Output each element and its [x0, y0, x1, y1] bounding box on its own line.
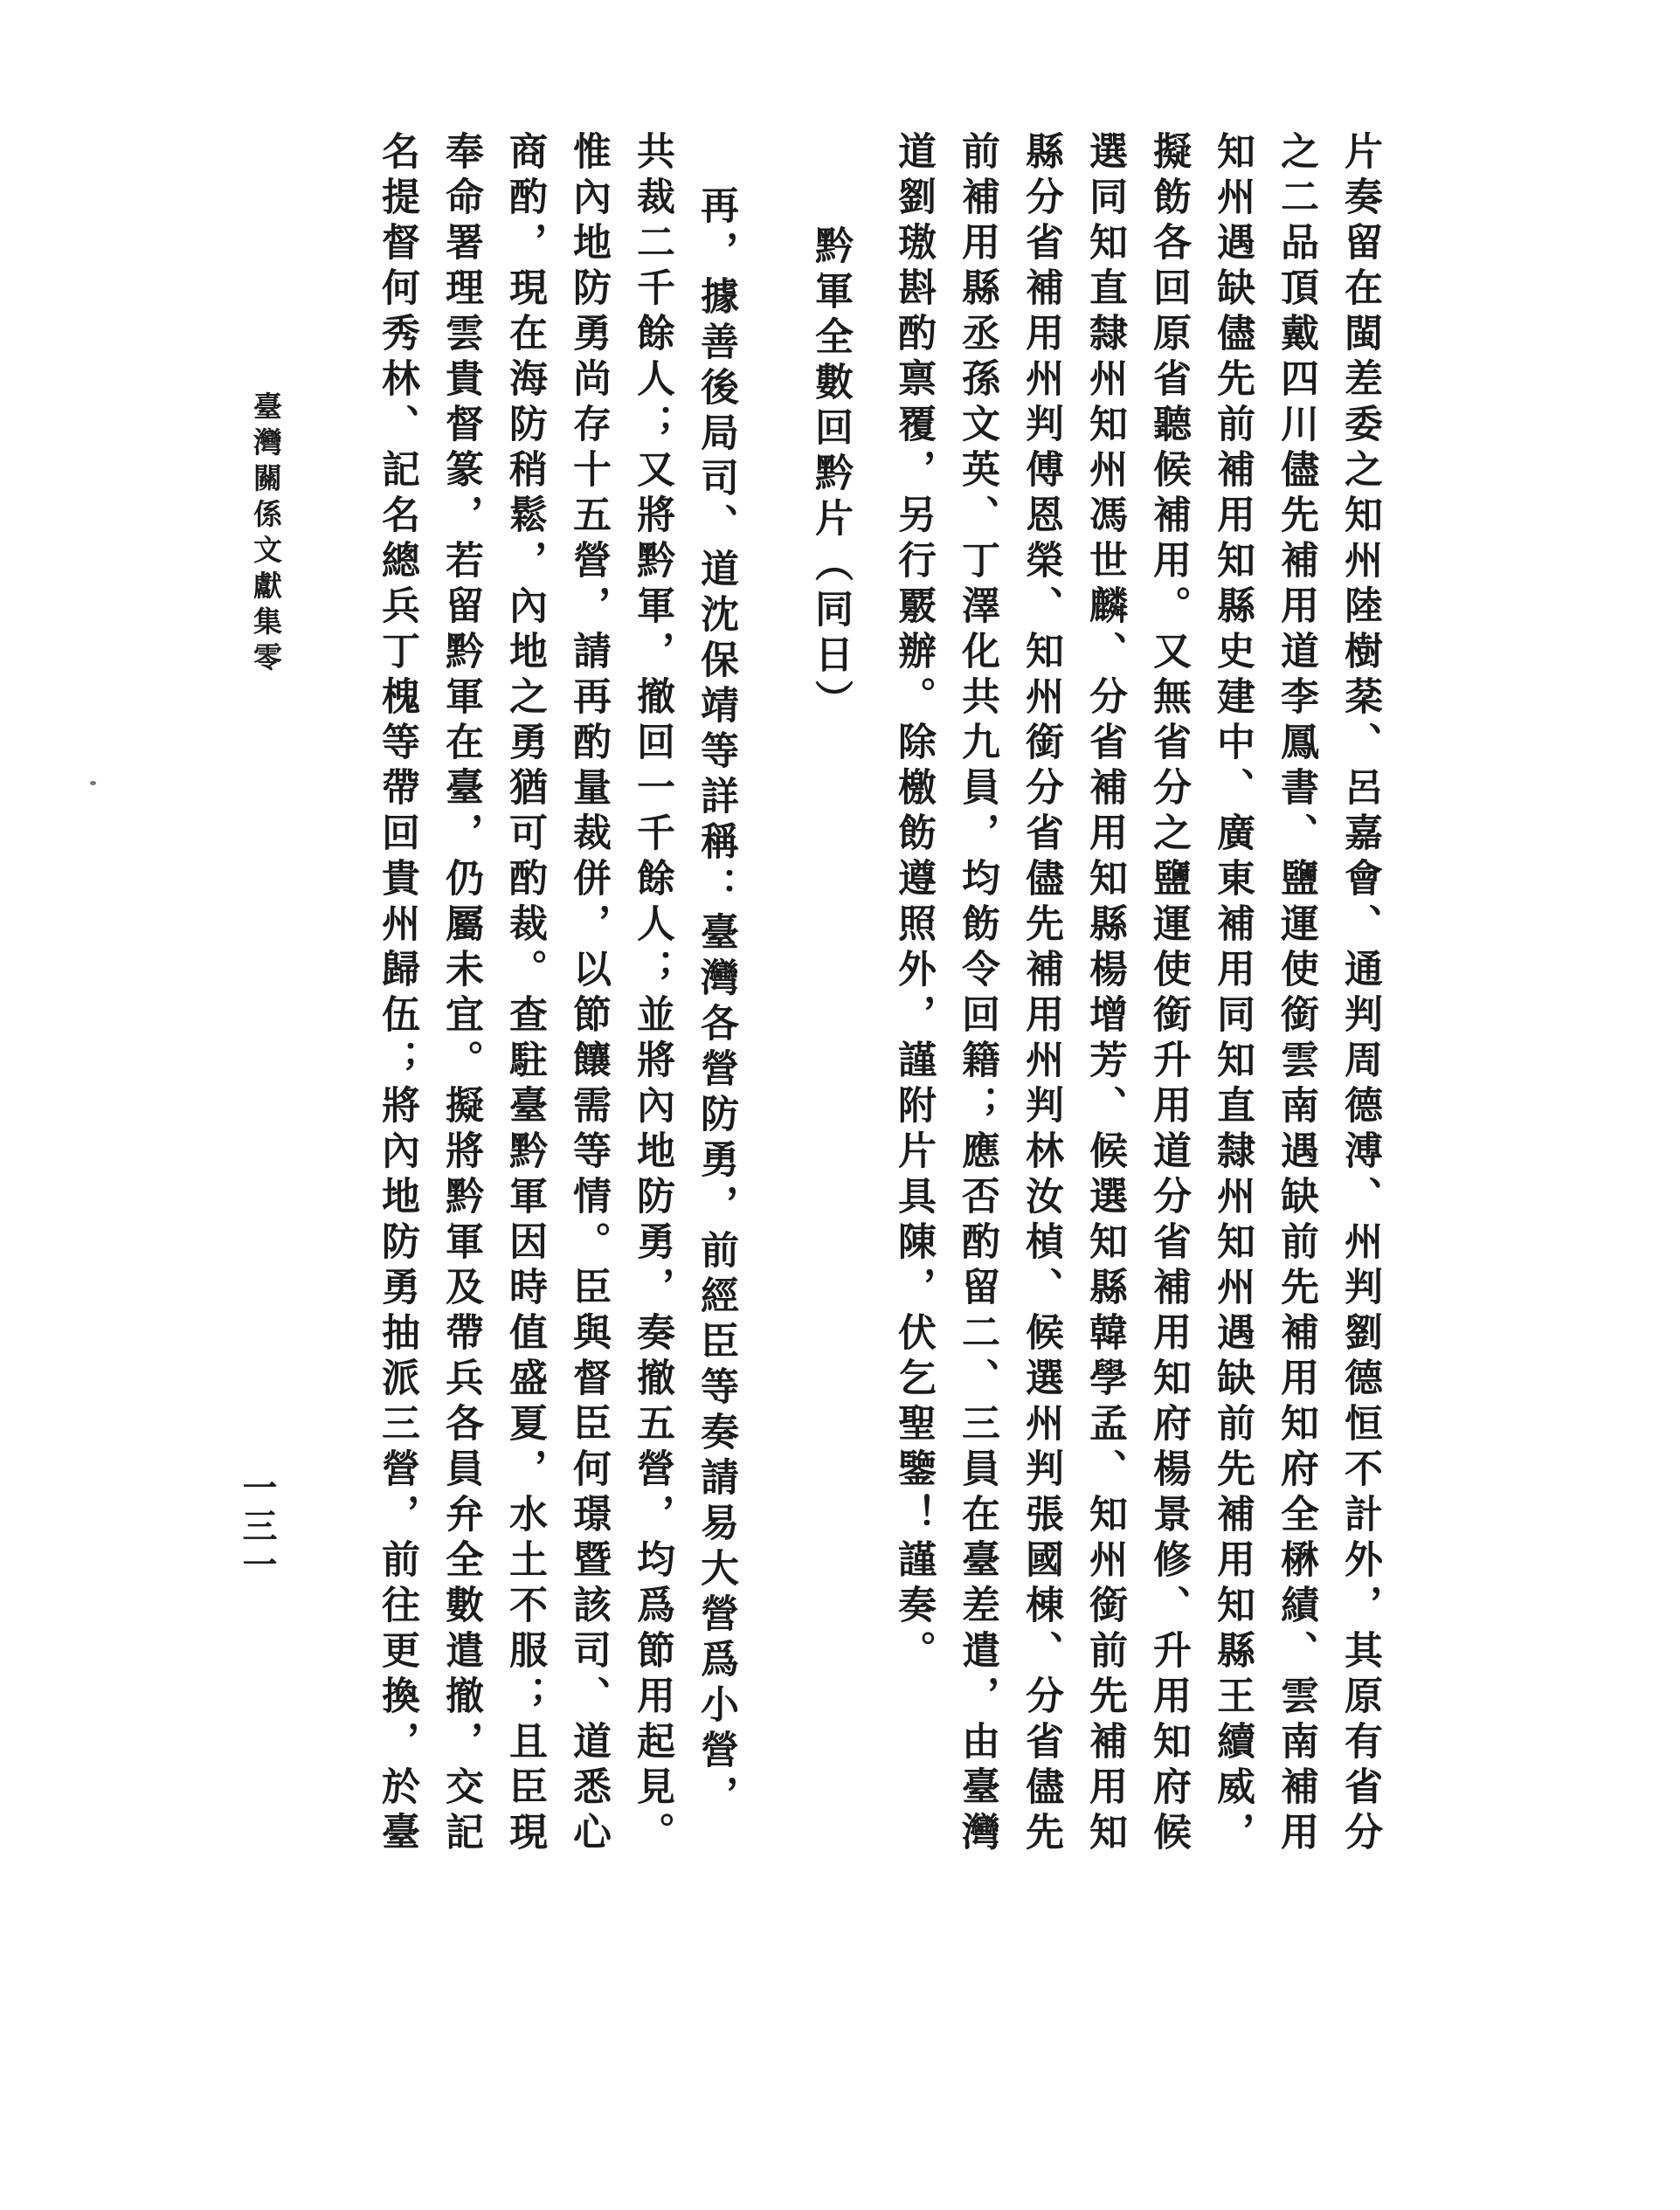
- text-column: 知州遇缺儘先前補用知縣史建中、廣東補用同知直隸州知州遇缺前先補用知縣王續威，: [1200, 131, 1264, 2027]
- page-number: 一三一: [232, 1469, 282, 1585]
- text-column: 選同知直隸州知州馮世麟、分省補用知縣楊增芳、候選知縣韓學孟、知州銜前先補用知: [1073, 131, 1137, 2027]
- text-column: 之二品頂戴四川儘先補用道李鳳書、鹽運使銜雲南遇缺前先補用知府全楙績、雲南補用: [1264, 131, 1328, 2027]
- scanned-book-page: 片奏留在閩差委之知州陸樹棻、呂嘉會、通判周德溥、州判劉德恒不計外，其原有省分 之…: [0, 0, 1680, 2210]
- scan-artifact-speck: [90, 781, 96, 785]
- text-column: 共裁二千餘人；又將黔軍，撤回一千餘人；並將內地防勇，奏撤五營，均爲節用起見。: [620, 131, 684, 2027]
- text-column: 奉命署理雲貴督篆，若留黔軍在臺，仍屬未宜。擬將黔軍及帶兵各員弁全數遣撤，交記: [429, 131, 493, 2027]
- text-column: 縣分省補用州判傅恩榮、知州銜分省儘先補用州判林汝楨、候選州判張國棟、分省儘先: [1009, 131, 1073, 2027]
- running-head-book-title: 臺灣關係文獻集零: [245, 391, 286, 678]
- section-title: 黔軍全數回黔片（同日）: [799, 131, 862, 2027]
- text-column: 前補用縣丞孫文英、丁澤化共九員，均飭令回籍；應否酌留二、三員在臺差遣，由臺灣: [945, 131, 1009, 2027]
- text-column: 商酌，現在海防稍鬆，內地之勇猶可酌裁。查駐臺黔軍因時值盛夏，水土不服；且臣現: [493, 131, 557, 2027]
- text-column: 再，據善後局司、道沈保靖等詳稱：臺灣各營防勇，前經臣等奏請易大營爲小營，: [684, 131, 748, 2027]
- text-column: 道劉璈斟酌禀覆，另行覈辦。除檄飭遵照外，謹附片具陳，伏乞聖鑒！謹奏。: [881, 131, 945, 2027]
- text-column: 片奏留在閩差委之知州陸樹棻、呂嘉會、通判周德溥、州判劉德恒不計外，其原有省分: [1328, 131, 1392, 2027]
- text-block: 片奏留在閩差委之知州陸樹棻、呂嘉會、通判周德溥、州判劉德恒不計外，其原有省分 之…: [365, 131, 1392, 2027]
- text-column: 擬飭各回原省聽候補用。又無省分之鹽運使銜升用道分省補用知府楊景修、升用知府候: [1137, 131, 1200, 2027]
- text-column: 名提督何秀林、記名總兵丁槐等帶回貴州歸伍；將內地防勇抽派三營，前往更換，於臺: [365, 131, 429, 2027]
- text-column: 惟內地防勇尚存十五營，請再酌量裁併，以節饟需等情。臣與督臣何璟暨該司、道悉心: [557, 131, 620, 2027]
